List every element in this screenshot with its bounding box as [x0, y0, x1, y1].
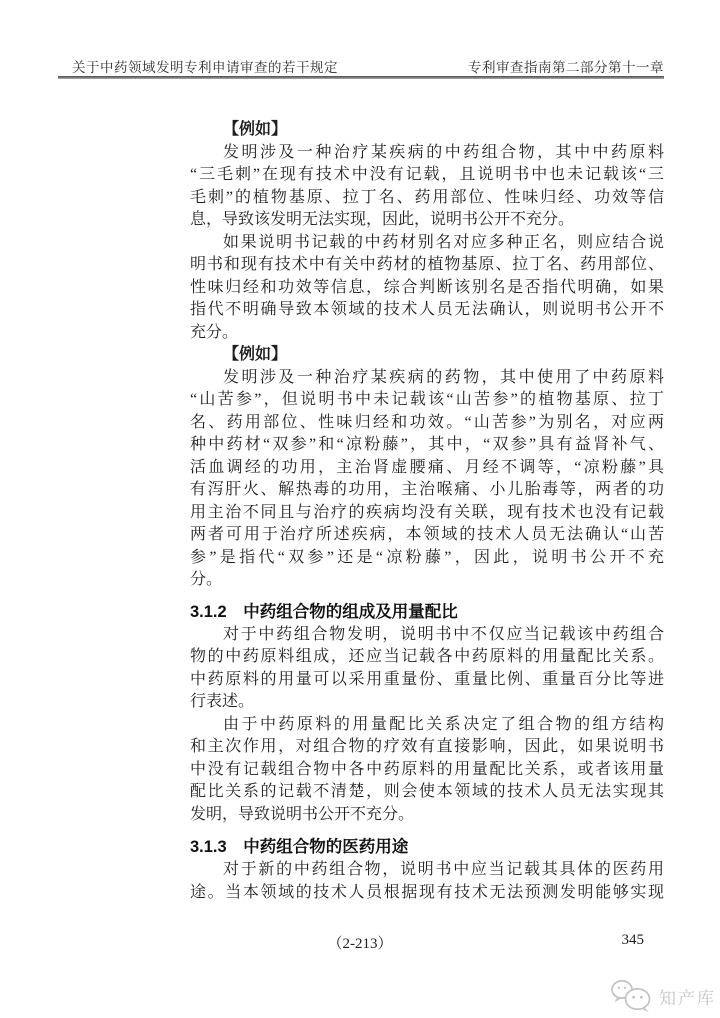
footer-section-number: （2-213）: [0, 932, 720, 953]
text-line: 两者可用于治疗所述疾病，本领域的技术人员无法确认“山苦: [190, 524, 664, 547]
paragraph: 如果说明书记载的中药材别名对应多种正名，则应结合说明书和现有技术中有关中药材的植…: [190, 232, 664, 345]
paragraph: 对于新的中药组合物，说明书中应当记载其具体的医药用途。当本领域的技术人员根据现有…: [190, 859, 664, 904]
text-line: 配比关系的记载不清楚，则会使本领域的技术人员无法实现其: [190, 781, 664, 804]
text-line: 有泻肝火、解热毒的功用，主治喉痛、小儿胎毒等，两者的功: [190, 479, 664, 502]
header-left-title: 关于中药领域发明专利申请审查的若干规定: [72, 56, 338, 76]
text-line: 对于新的中药组合物，说明书中应当记载其具体的医药用: [190, 859, 664, 882]
wechat-icon: [608, 977, 654, 1015]
watermark-label: 知产库: [659, 984, 716, 1009]
text-line: 中没有记载组合物中各中药原料的用量配比关系，或者该用量: [190, 759, 664, 782]
text-line: 性味归经和功效等信息，综合判断该别名是否指代明确，如果: [190, 277, 664, 300]
paragraph: 发明涉及一种治疗某疾病的药物，其中使用了中药原料“山苦参”，但说明书中未记载该“…: [190, 367, 664, 592]
text-line: 息，导致该发明无法实现，因此，说明书公开不充分。: [190, 209, 664, 232]
document-body: 【例如】发明涉及一种治疗某疾病的中药组合物，其中中药原料“三毛刺”在现有技术中没…: [190, 119, 664, 904]
text-line: 明书和现有技术中有关中药材的植物基原、拉丁名、药用部位、: [190, 254, 664, 277]
example-label: 【例如】: [190, 119, 664, 142]
watermark: 知产库: [608, 977, 716, 1015]
text-line: “山苦参”，但说明书中未记载该“山苦参”的植物基原、拉丁: [190, 389, 664, 412]
paragraph: 对于中药组合物发明，说明书中不仅应当记载该中药组合物的中药原料组成，还应当记载各…: [190, 624, 664, 714]
text-line: 中药原料的用量可以采用重量份、重量比例、重量百分比等进: [190, 669, 664, 692]
text-line: 充分。: [190, 322, 664, 345]
document-page: 关于中药领域发明专利申请审查的若干规定 专利审查指南第二部分第十一章 【例如】发…: [0, 0, 720, 1018]
text-line: 活血调经的功用，主治肾虚腰痛、月经不调等，“凉粉藤”具: [190, 457, 664, 480]
text-line: 种中药材“双参”和“凉粉藤”，其中，“双参”具有益肾补气、: [190, 434, 664, 457]
text-line: 由于中药原料的用量配比关系决定了组合物的组方结构: [190, 714, 664, 737]
text-line: 如果说明书记载的中药材别名对应多种正名，则应结合说: [190, 232, 664, 255]
text-line: 行表述。: [190, 691, 664, 714]
text-line: 对于中药组合物发明，说明书中不仅应当记载该中药组合: [190, 624, 664, 647]
text-line: 毛刺”的植物基原、拉丁名、药用部位、性味归经、功效等信: [190, 187, 664, 210]
text-line: “三毛刺”在现有技术中没有记载，且说明书中也未记载该“三: [190, 164, 664, 187]
header-right-title: 专利审查指南第二部分第十一章: [468, 56, 664, 76]
section-heading: 3.1.2 中药组合物的组成及用量配比: [190, 600, 664, 624]
text-line: 发明涉及一种治疗某疾病的药物，其中使用了中药原料: [190, 367, 664, 390]
text-line: 参”是指代“双参”还是“凉粉藤”，因此，说明书公开不充: [190, 547, 664, 570]
section-heading: 3.1.3 中药组合物的医药用途: [190, 835, 664, 859]
paragraph: 发明涉及一种治疗某疾病的中药组合物，其中中药原料“三毛刺”在现有技术中没有记载，…: [190, 142, 664, 232]
text-line: 发明，导致说明书公开不充分。: [190, 804, 664, 827]
example-label: 【例如】: [190, 344, 664, 367]
text-line: 指代不明确导致本领域的技术人员无法确认，则说明书公开不: [190, 299, 664, 322]
text-line: 用主治不同且与治疗的疾病均没有关联，现有技术也没有记载: [190, 502, 664, 525]
text-line: 发明涉及一种治疗某疾病的中药组合物，其中中药原料: [190, 142, 664, 165]
text-line: 名、药用部位、性味归经和功效。“山苦参”为别名，对应两: [190, 412, 664, 435]
text-line: 物的中药原料组成，还应当记载各中药原料的用量配比关系。: [190, 646, 664, 669]
text-line: 途。当本领域的技术人员根据现有技术无法预测发明能够实现: [190, 882, 664, 905]
page-number: 345: [622, 932, 645, 949]
text-line: 和主次作用，对组合物的疗效有直接影响，因此，如果说明书: [190, 736, 664, 759]
paragraph: 由于中药原料的用量配比关系决定了组合物的组方结构和主次作用，对组合物的疗效有直接…: [190, 714, 664, 827]
header-rule: [58, 76, 664, 79]
text-line: 分。: [190, 569, 664, 592]
